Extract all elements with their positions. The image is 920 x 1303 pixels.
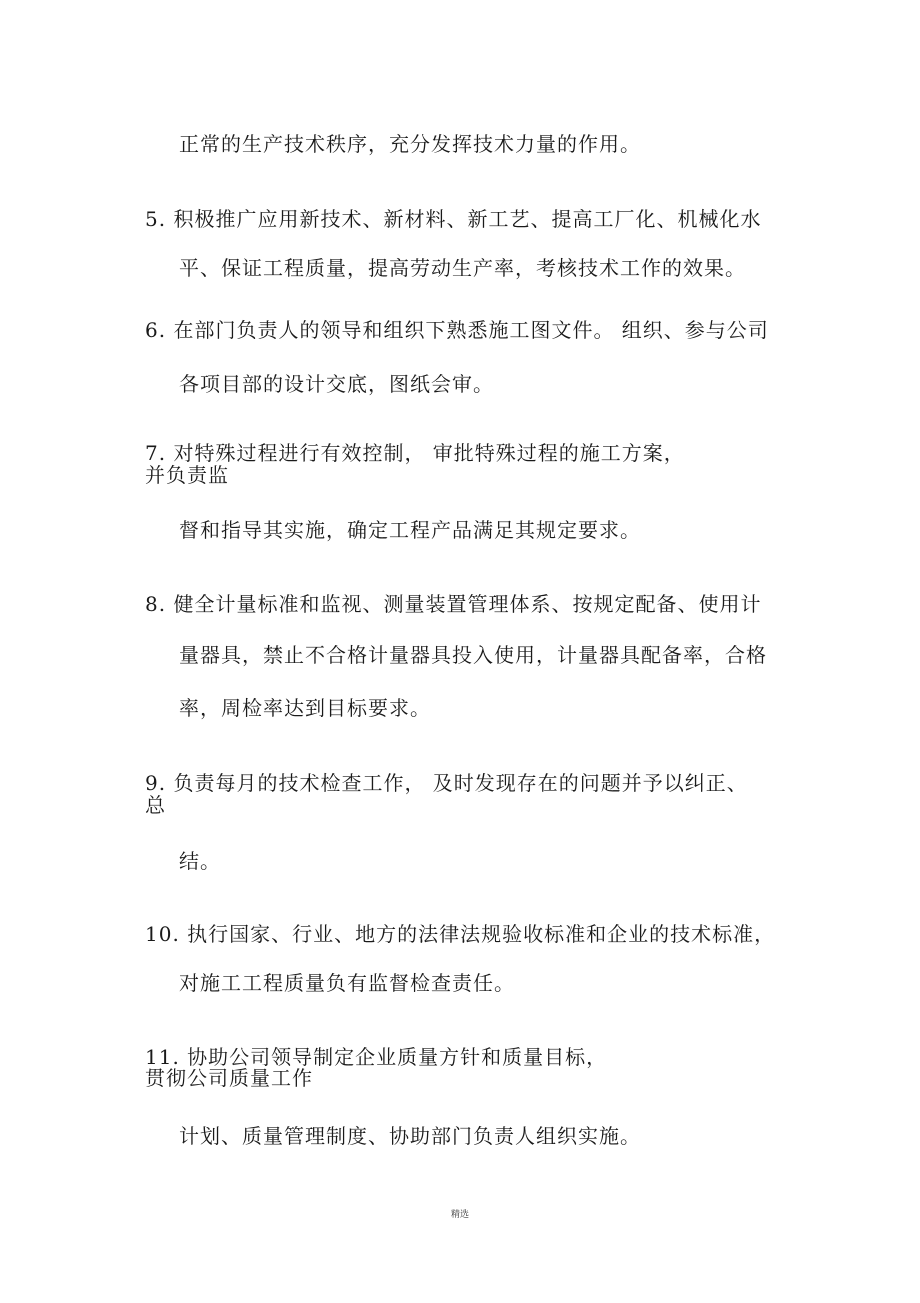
list-item-11-continuation: 计划、质量管理制度、协助部门负责人组织实施。 — [179, 1124, 641, 1148]
list-item-6-continuation: 各项目部的设计交底，图纸会审。 — [179, 372, 494, 396]
list-item-6: 6. 在部门负责人的领导和组织下熟悉施工图文件。 组织、参与公司 — [145, 318, 769, 342]
paragraph-4-continuation: 正常的生产技术秩序，充分发挥技术力量的作用。 — [179, 132, 641, 156]
list-item-8-continuation-2: 率，周检率达到目标要求。 — [179, 696, 431, 720]
list-item-7-wrap: 并负责监 — [145, 463, 229, 487]
list-item-5-continuation: 平、保证工程质量，提高劳动生产率，考核技术工作的效果。 — [179, 256, 746, 280]
list-item-9-continuation: 结。 — [179, 849, 221, 873]
list-item-8: 8. 健全计量标准和监视、测量装置管理体系、按规定配备、使用计 — [145, 592, 761, 616]
list-item-7-continuation: 督和指导其实施，确定工程产品满足其规定要求。 — [179, 518, 641, 542]
list-item-11-wrap: 贯彻公司质量工作 — [145, 1066, 313, 1090]
list-item-5: 5. 积极推广应用新技术、新材料、新工艺、提高工厂化、机械化水 — [145, 207, 761, 231]
page-footer-label: 精选 — [0, 1209, 920, 1221]
list-item-9: 9. 负责每月的技术检查工作， 及时发现存在的问题并予以纠正、 — [145, 771, 748, 795]
list-item-10-continuation: 对施工工程质量负有监督检查责任。 — [179, 971, 515, 995]
list-item-10: 10. 执行国家、行业、地方的法律法规验收标准和企业的技术标准， — [145, 922, 775, 946]
list-item-9-wrap: 总 — [145, 793, 166, 817]
list-item-7: 7. 对特殊过程进行有效控制， 审批特殊过程的施工方案， — [145, 441, 685, 465]
list-item-8-continuation-1: 量器具，禁止不合格计量器具投入使用，计量器具配备率，合格 — [179, 643, 767, 667]
